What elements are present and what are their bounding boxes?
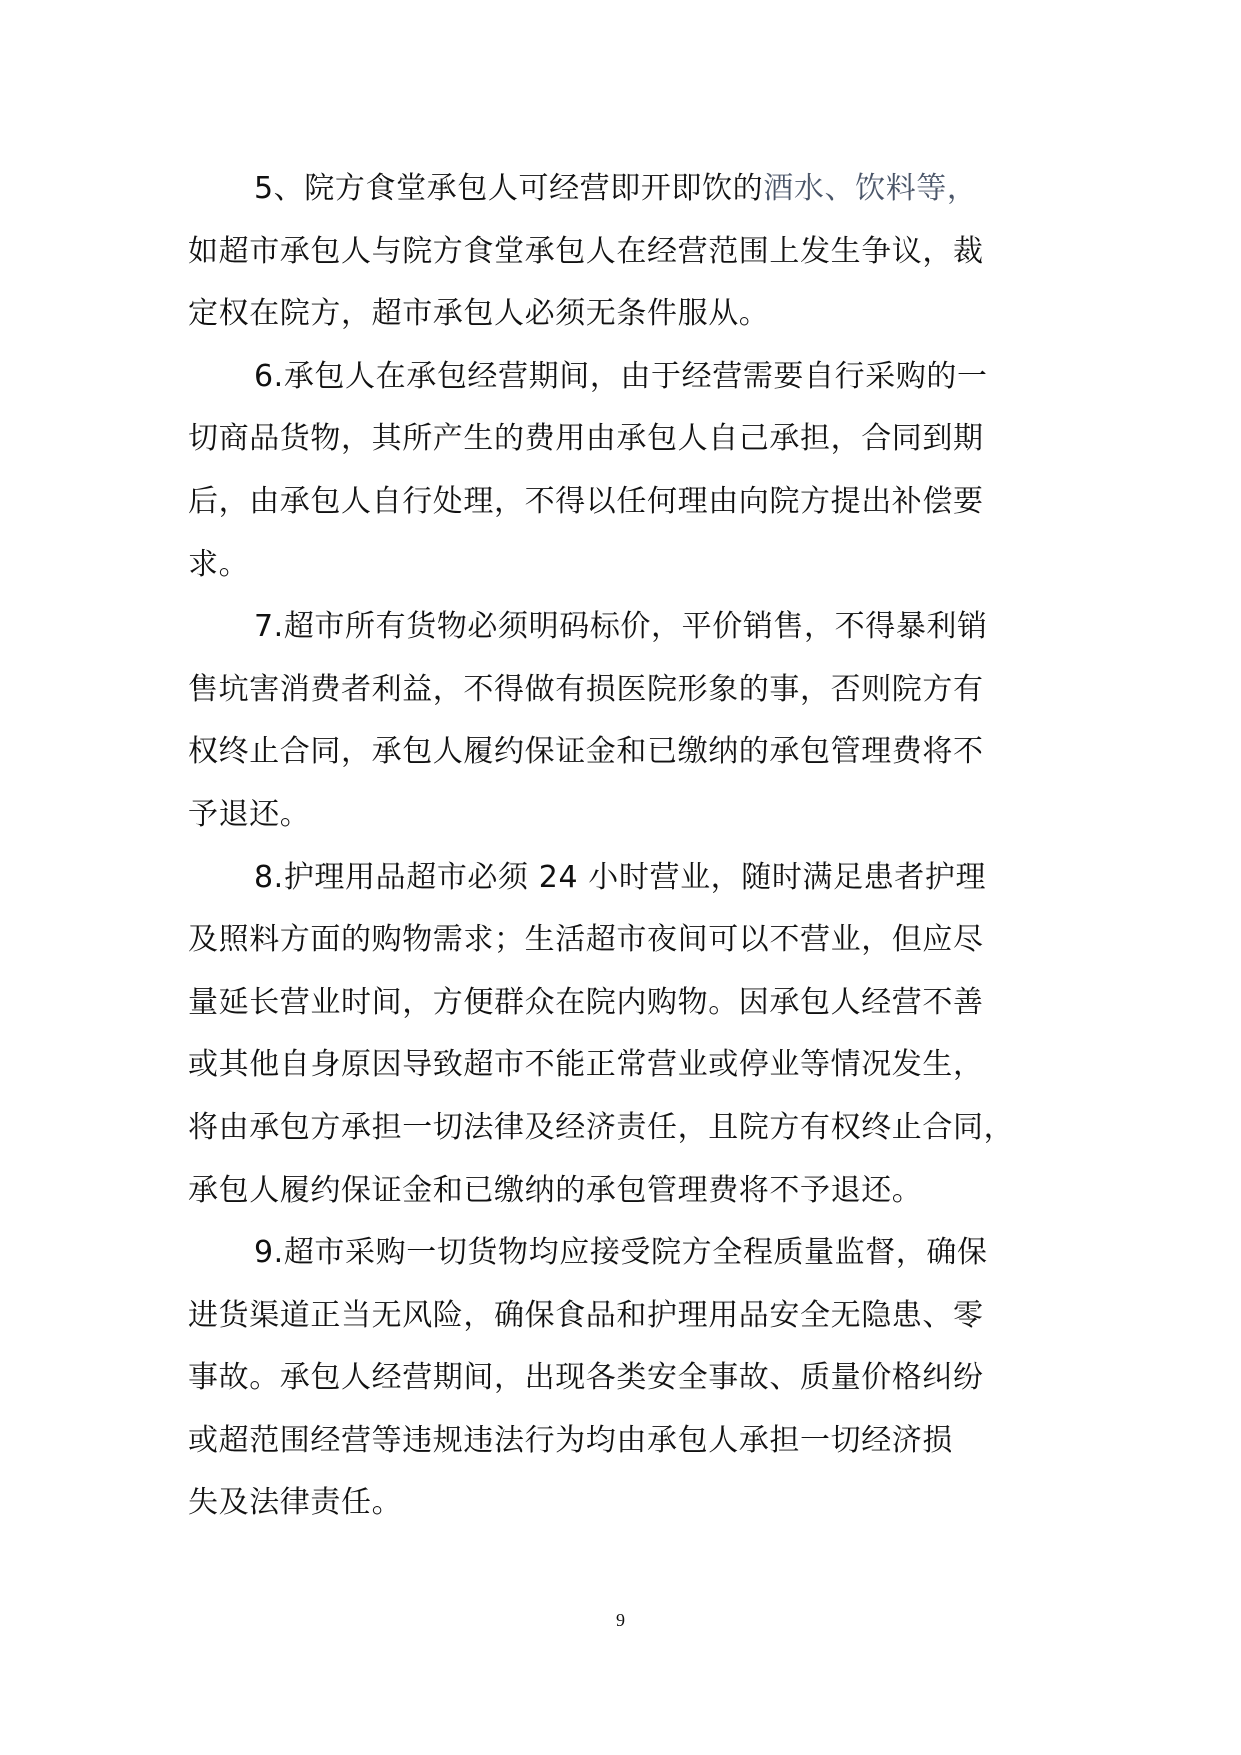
highlighted-text: 酒水、饮料等， [763, 171, 977, 206]
paragraph-line: 6.承包人在承包经营期间，由于经营需要自行采购的一 [188, 346, 1058, 409]
paragraph-clause-9: 9.超市采购一切货物均应接受院方全程质量监督，确保 进货渠道正当无风险，确保食品… [188, 1222, 1058, 1535]
paragraph-line: 9.超市采购一切货物均应接受院方全程质量监督，确保 [188, 1222, 1058, 1285]
paragraph-clause-7: 7.超市所有货物必须明码标价，平价销售，不得暴利销 售坑害消费者利益，不得做有损… [188, 596, 1058, 846]
paragraph-line: 5、院方食堂承包人可经营即开即饮的酒水、饮料等， [188, 158, 1058, 221]
paragraph-line: 失及法律责任。 [188, 1472, 1058, 1535]
page-number: 9 [0, 1610, 1241, 1631]
paragraph-line: 7.超市所有货物必须明码标价，平价销售，不得暴利销 [188, 596, 1058, 659]
paragraph-line: 定权在院方，超市承包人必须无条件服从。 [188, 283, 1058, 346]
paragraph-line: 8.护理用品超市必须 24 小时营业，随时满足患者护理 [188, 847, 1058, 910]
paragraph-line: 切商品货物，其所产生的费用由承包人自己承担，合同到期 [188, 408, 1058, 471]
paragraph-clause-5: 5、院方食堂承包人可经营即开即饮的酒水、饮料等， 如超市承包人与院方食堂承包人在… [188, 158, 1058, 346]
paragraph-clause-6: 6.承包人在承包经营期间，由于经营需要自行采购的一 切商品货物，其所产生的费用由… [188, 346, 1058, 596]
line-text: 5、院方食堂承包人可经营即开即饮的 [254, 171, 763, 206]
paragraph-clause-8: 8.护理用品超市必须 24 小时营业，随时满足患者护理 及照料方面的购物需求；生… [188, 847, 1058, 1223]
paragraph-line: 求。 [188, 534, 1058, 597]
paragraph-line: 如超市承包人与院方食堂承包人在经营范围上发生争议，裁 [188, 221, 1058, 284]
paragraph-line: 量延长营业时间，方便群众在院内购物。因承包人经营不善 [188, 972, 1058, 1035]
paragraph-line: 予退还。 [188, 784, 1058, 847]
paragraph-line: 进货渠道正当无风险，确保食品和护理用品安全无隐患、零 [188, 1285, 1058, 1348]
document-body: 5、院方食堂承包人可经营即开即饮的酒水、饮料等， 如超市承包人与院方食堂承包人在… [188, 158, 1058, 1535]
paragraph-line: 承包人履约保证金和已缴纳的承包管理费将不予退还。 [188, 1160, 1058, 1223]
paragraph-line: 及照料方面的购物需求；生活超市夜间可以不营业，但应尽 [188, 909, 1058, 972]
paragraph-line: 后，由承包人自行处理，不得以任何理由向院方提出补偿要 [188, 471, 1058, 534]
paragraph-line: 或其他自身原因导致超市不能正常营业或停业等情况发生， [188, 1034, 1058, 1097]
paragraph-line: 将由承包方承担一切法律及经济责任，且院方有权终止合同， [188, 1097, 1058, 1160]
paragraph-line: 权终止合同，承包人履约保证金和已缴纳的承包管理费将不 [188, 721, 1058, 784]
paragraph-line: 事故。承包人经营期间，出现各类安全事故、质量价格纠纷 [188, 1347, 1058, 1410]
paragraph-line: 售坑害消费者利益，不得做有损医院形象的事，否则院方有 [188, 659, 1058, 722]
paragraph-line: 或超范围经营等违规违法行为均由承包人承担一切经济损 [188, 1410, 1058, 1473]
